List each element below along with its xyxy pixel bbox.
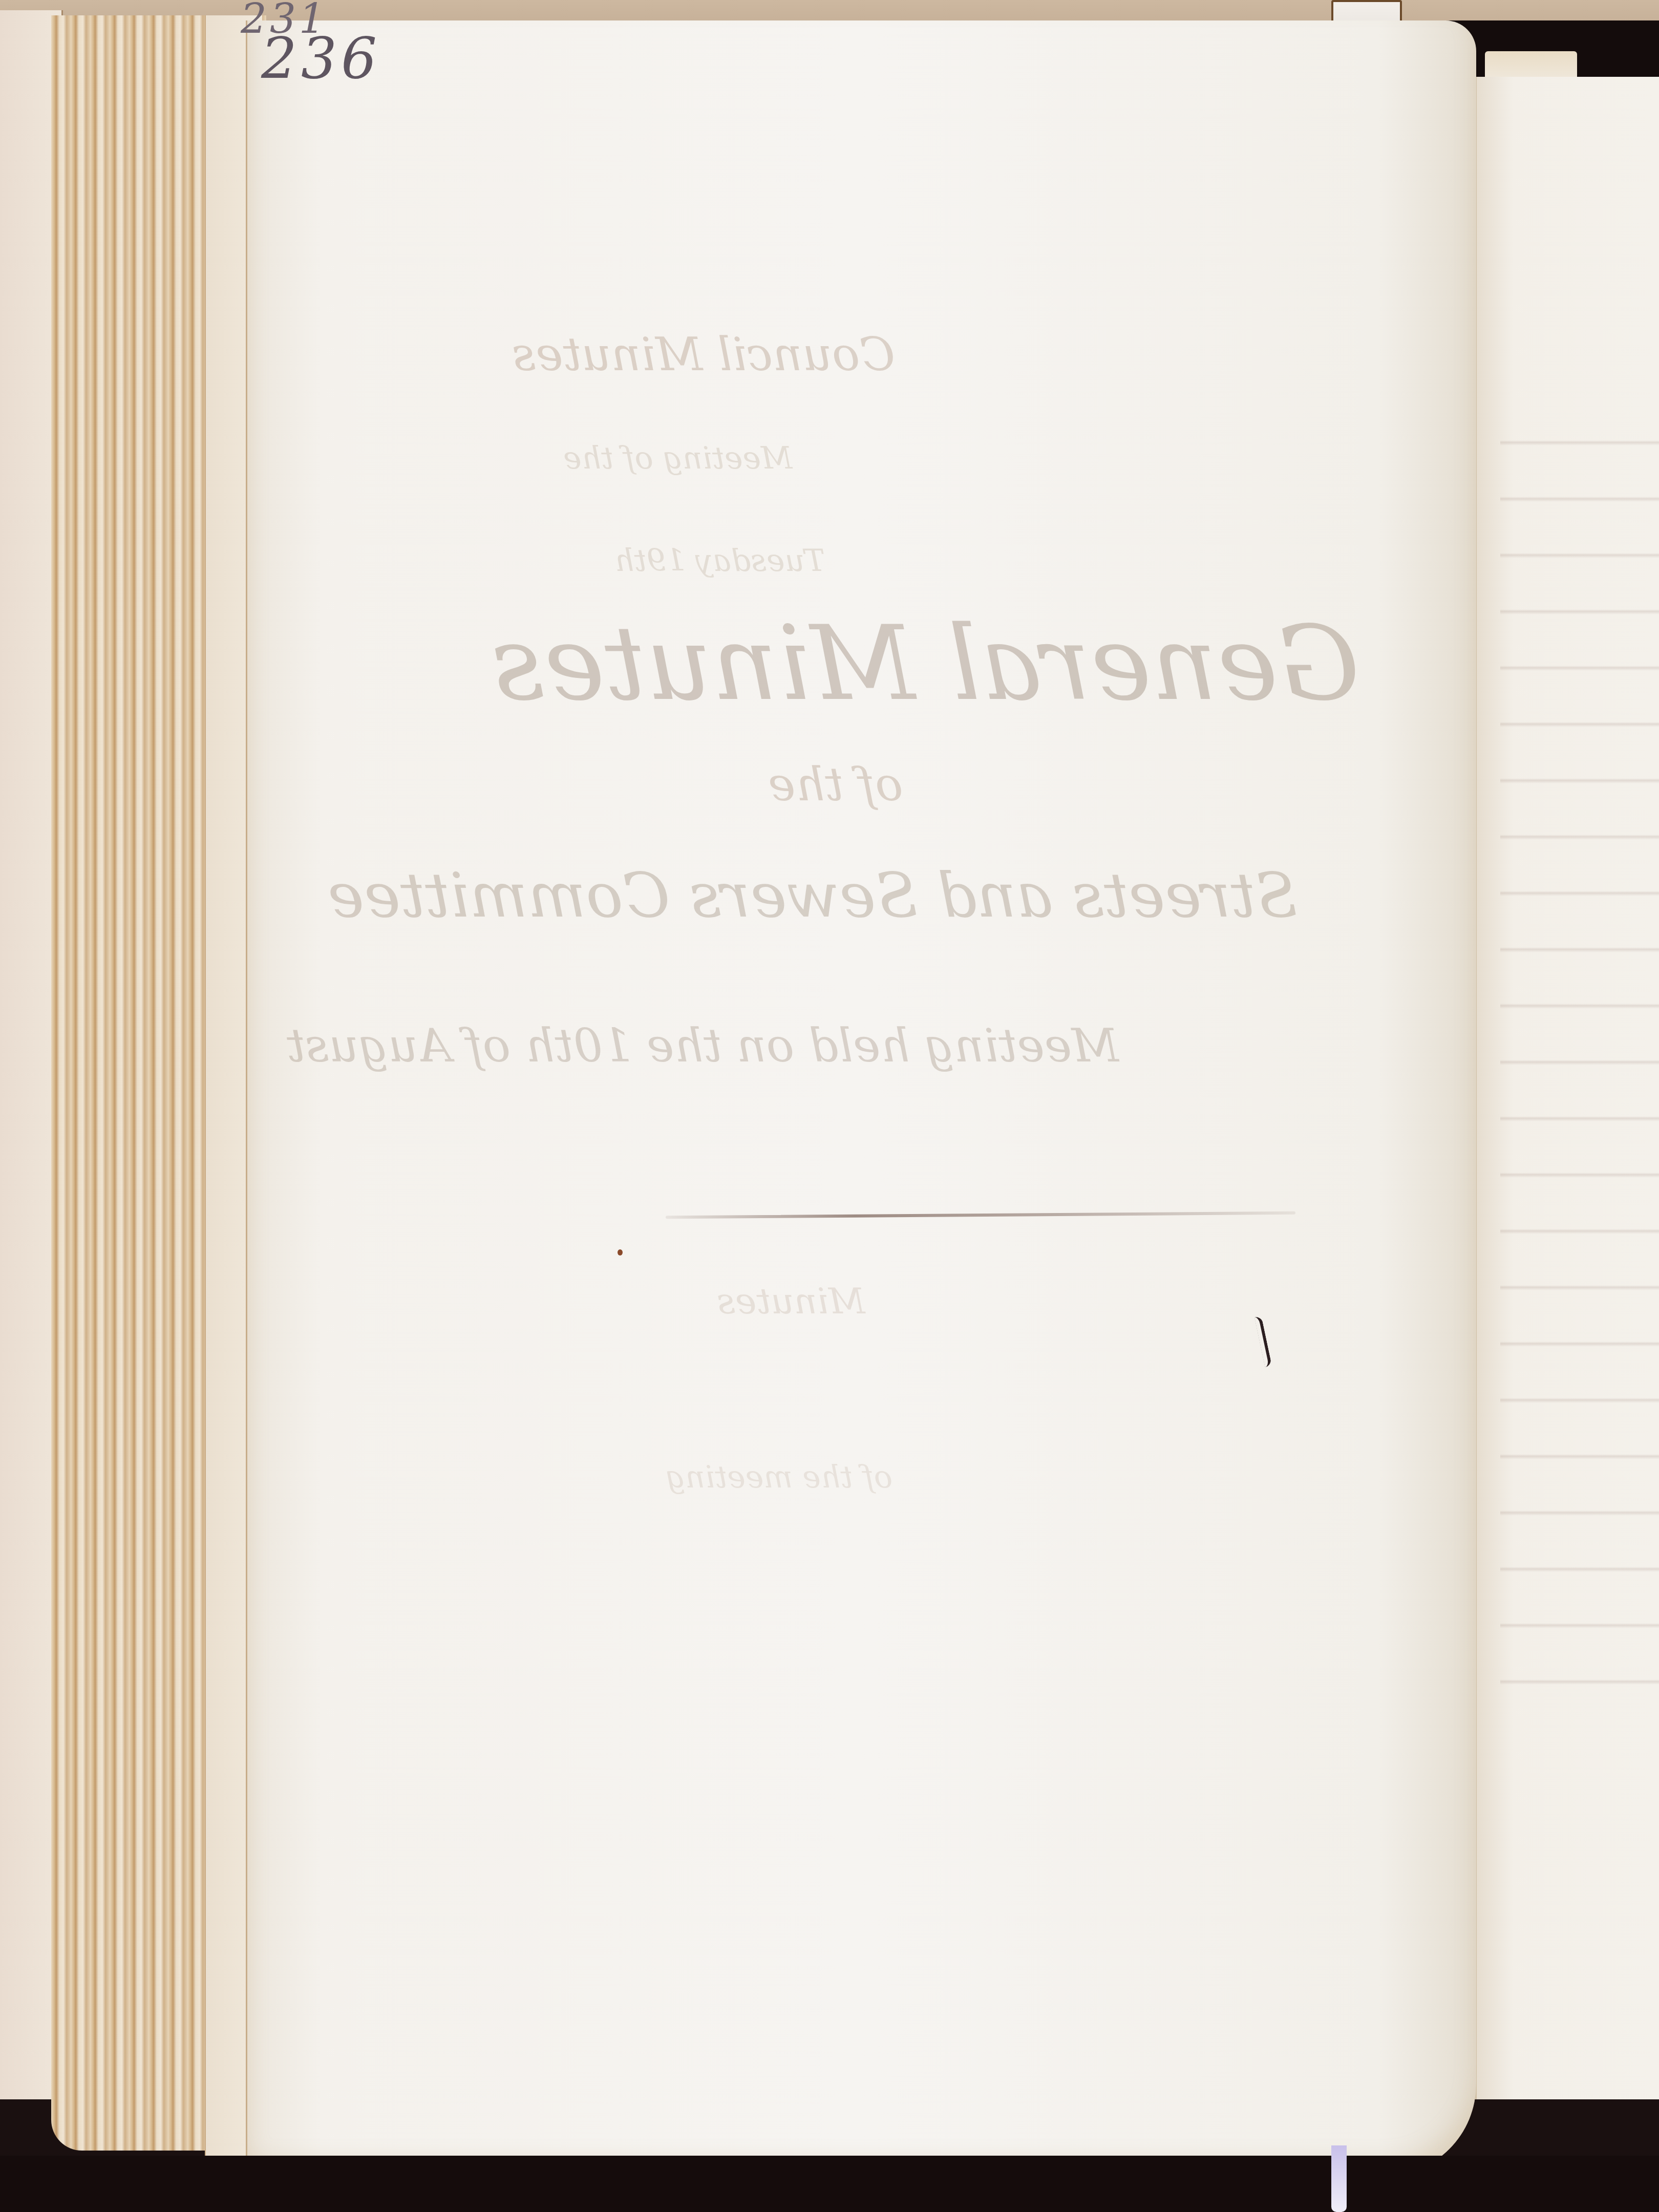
bleed-through-text: of the bbox=[768, 758, 903, 812]
bleed-through-text: Council Minutes bbox=[512, 328, 895, 381]
bleed-through-text: Tuesday 19th bbox=[614, 543, 825, 579]
bleed-through-text: of the meeting bbox=[666, 1459, 892, 1495]
bleed-through-text: Meeting held on the 10th of August bbox=[287, 1019, 1119, 1073]
bleed-through-text: Meeting of the bbox=[563, 440, 793, 476]
dark-backdrop-bottom bbox=[0, 2156, 1659, 2212]
light-reflection bbox=[1331, 2145, 1347, 2212]
facing-page-handwriting bbox=[1500, 389, 1659, 1720]
page-number: 236 bbox=[261, 26, 381, 91]
bleed-through-text: Streets and Sewers Committee bbox=[328, 860, 1298, 931]
bleed-through-text: Minutes bbox=[717, 1280, 865, 1322]
bleed-through-title: General Minutes bbox=[492, 604, 1359, 724]
ink-spot bbox=[618, 1249, 623, 1256]
